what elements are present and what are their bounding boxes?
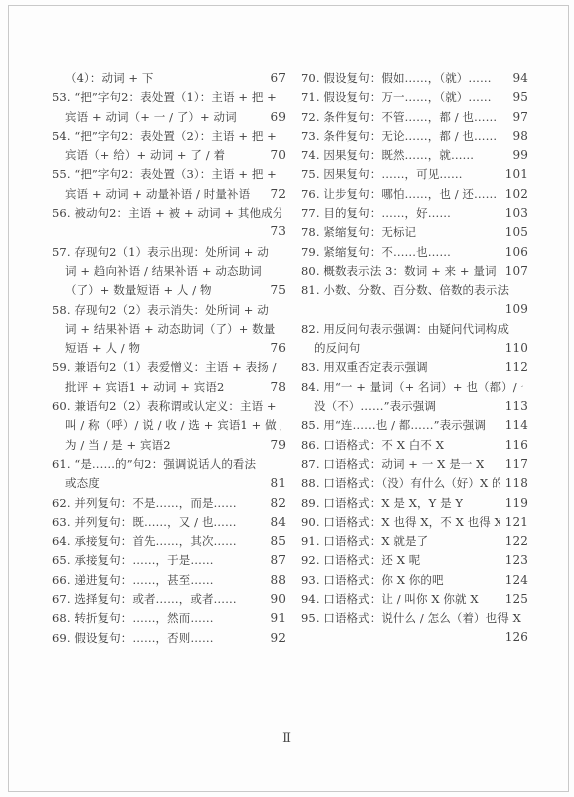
- toc-entry-page-number: 98: [513, 129, 528, 143]
- toc-entry-page-number: 123: [505, 553, 528, 567]
- toc-entry-page-number: 102: [505, 187, 528, 201]
- toc-line: 109: [301, 302, 528, 321]
- toc-entry-page-number: 97: [513, 110, 528, 124]
- toc-line: 55. “把”字句2：表处置（3）：主语 + 把 +: [52, 166, 286, 185]
- toc-line: 67. 选择复句：或者……，或者……90: [52, 591, 286, 610]
- toc-line: 53. “把”字句2：表处置（1）：主语 + 把 +: [52, 89, 286, 108]
- toc-line: 84. 用“一 + 量词（+ 名词）+ 也（都）/ 也: [301, 379, 528, 398]
- toc-line: 82. 用反问句表示强调：由疑问代词构成: [301, 321, 528, 340]
- toc-line: 70. 假设复句：假如……，（就）……94: [301, 70, 528, 89]
- toc-entry-page-number: 118: [505, 476, 528, 490]
- toc-entry-text: 58. 存现句2（2）表示消失：处所词 + 动: [52, 302, 269, 318]
- toc-entry-text: 78. 紧缩复句：无标记: [301, 224, 416, 240]
- toc-line: 60. 兼语句2（2）表称谓或认定义：主语 +: [52, 398, 286, 417]
- toc-line: 126: [301, 630, 528, 649]
- toc-entry-page-number: 76: [271, 341, 286, 355]
- toc-line: 87. 口语格式：动词 + 一 X 是一 X117: [301, 456, 528, 475]
- toc-entry-page-number: 92: [271, 631, 286, 645]
- toc-entry-text: 59. 兼语句2（1）表爱憎义：主语 + 表扬 /: [52, 359, 277, 375]
- toc-entry-page-number: 114: [505, 418, 528, 432]
- toc-entry-text: 83. 用双重否定表示强调: [301, 359, 428, 375]
- scanned-toc-page: （4）：动词 + 下6753. “把”字句2：表处置（1）：主语 + 把 +宾语…: [0, 0, 574, 797]
- toc-entry-text: 叫 / 称（呼）/ 说 / 收 / 选 + 宾语1 + 做 /: [65, 417, 281, 433]
- toc-entry-text: 79. 紧缩复句：不……也……: [301, 244, 451, 260]
- toc-line: 66. 递进复句：……，甚至……88: [52, 572, 286, 591]
- toc-entry-text: 的反问句: [314, 340, 360, 356]
- toc-entry-text: 批评 + 宾语1 + 动词 + 宾语2: [65, 379, 224, 395]
- toc-entry-text: 92. 口语格式：还 X 呢: [301, 552, 420, 568]
- toc-line: 为 / 当 / 是 + 宾语279: [52, 437, 286, 456]
- toc-entry-text: 宾语 + 动词（+ 一 / 了）+ 动词: [65, 109, 237, 125]
- toc-line: 54. “把”字句2：表处置（2）：主语 + 把 +: [52, 128, 286, 147]
- toc-entry-text: 为 / 当 / 是 + 宾语2: [65, 437, 171, 453]
- toc-line: 69. 假设复句：……，否则……92: [52, 630, 286, 649]
- toc-line: 词 + 趋向补语 / 结果补语 + 动态助词: [52, 263, 286, 282]
- toc-entry-page-number: 78: [271, 380, 286, 394]
- toc-entry-text: 88. 口语格式：（没）有什么（好）X 的: [301, 475, 500, 491]
- toc-entry-page-number: 82: [271, 496, 286, 510]
- toc-entry-page-number: 116: [505, 438, 528, 452]
- toc-entry-page-number: 106: [505, 245, 528, 259]
- toc-line: 90. 口语格式：X 也得 X，不 X 也得 X121: [301, 514, 528, 533]
- toc-entry-text: 80. 概数表示法 3：数词 + 来 + 量词: [301, 263, 497, 279]
- toc-line: 83. 用双重否定表示强调112: [301, 359, 528, 378]
- footer-page-number: Ⅱ: [0, 731, 574, 746]
- toc-entry-page-number: 99: [513, 148, 528, 162]
- toc-entry-text: 87. 口语格式：动词 + 一 X 是一 X: [301, 456, 484, 472]
- toc-entry-page-number: 87: [271, 553, 286, 567]
- toc-entry-page-number: 101: [505, 167, 528, 181]
- toc-line: 批评 + 宾语1 + 动词 + 宾语278: [52, 379, 286, 398]
- toc-entry-text: 54. “把”字句2：表处置（2）：主语 + 把 +: [52, 128, 277, 144]
- toc-line: 80. 概数表示法 3：数词 + 来 + 量词107: [301, 263, 528, 282]
- toc-line: 92. 口语格式：还 X 呢123: [301, 552, 528, 571]
- toc-entry-text: 63. 并列复句：既……，又 / 也……: [52, 514, 237, 530]
- toc-entry-text: 84. 用“一 + 量词（+ 名词）+ 也（都）/ 也: [301, 379, 523, 395]
- toc-line: （了）+ 数量短语 + 人 / 物75: [52, 282, 286, 301]
- toc-entry-text: 没（不）……”表示强调: [314, 398, 436, 414]
- toc-line: 86. 口语格式：不 X 白不 X116: [301, 437, 528, 456]
- toc-line: 71. 假设复句：万一……，（就）……95: [301, 89, 528, 108]
- toc-line: 93. 口语格式：你 X 你的吧124: [301, 572, 528, 591]
- toc-entry-text: 75. 因果复句：……，可见……: [301, 166, 463, 182]
- toc-line: 78. 紧缩复句：无标记105: [301, 224, 528, 243]
- toc-entry-text: 短语 + 人 / 物: [65, 340, 140, 356]
- toc-entry-page-number: 94: [513, 71, 528, 85]
- toc-entry-text: 53. “把”字句2：表处置（1）：主语 + 把 +: [52, 89, 277, 105]
- toc-entry-page-number: 85: [271, 534, 286, 548]
- toc-entry-text: 93. 口语格式：你 X 你的吧: [301, 572, 444, 588]
- toc-entry-page-number: 107: [505, 264, 528, 278]
- toc-entry-text: 76. 让步复句：哪怕……，也 / 还……: [301, 186, 497, 202]
- toc-entry-page-number: 124: [505, 573, 528, 587]
- toc-line: 宾语 + 动词（+ 一 / 了）+ 动词69: [52, 109, 286, 128]
- toc-line: 短语 + 人 / 物76: [52, 340, 286, 359]
- toc-line: 叫 / 称（呼）/ 说 / 收 / 选 + 宾语1 + 做 /: [52, 417, 286, 436]
- toc-entry-text: 89. 口语格式：X 是 X，Y 是 Y: [301, 495, 463, 511]
- toc-line: 61. “是……的”句2：强调说话人的看法: [52, 456, 286, 475]
- toc-line: 73: [52, 224, 286, 243]
- toc-line: 的反问句110: [301, 340, 528, 359]
- toc-entry-page-number: 110: [505, 341, 528, 355]
- toc-entry-page-number: 112: [505, 360, 528, 374]
- toc-line: 62. 并列复句：不是……，而是……82: [52, 495, 286, 514]
- toc-line: 91. 口语格式：X 就是了122: [301, 533, 528, 552]
- toc-line: 74. 因果复句：既然……，就……99: [301, 147, 528, 166]
- toc-entry-text: 73. 条件复句：无论……，都 / 也……: [301, 128, 497, 144]
- toc-entry-text: 66. 递进复句：……，甚至……: [52, 572, 214, 588]
- toc-line: 宾语 + 动词 + 动量补语 / 时量补语72: [52, 186, 286, 205]
- toc-line: 95. 口语格式：说什么 / 怎么（着）也得 X: [301, 610, 528, 629]
- toc-entry-text: 词 + 趋向补语 / 结果补语 + 动态助词: [65, 263, 262, 279]
- toc-entry-page-number: 125: [505, 592, 528, 606]
- toc-entry-page-number: 121: [505, 515, 528, 529]
- toc-line: 65. 承接复句：……，于是……87: [52, 552, 286, 571]
- toc-entry-page-number: 73: [271, 224, 286, 238]
- toc-entry-page-number: 75: [271, 283, 286, 297]
- toc-line: 57. 存现句2（1）表示出现：处所词 + 动: [52, 244, 286, 263]
- toc-entry-page-number: 113: [505, 399, 528, 413]
- toc-entry-text: 68. 转折复句：……，然而……: [52, 610, 214, 626]
- toc-entry-text: 55. “把”字句2：表处置（3）：主语 + 把 +: [52, 166, 277, 182]
- toc-entry-text: 或态度: [65, 475, 100, 491]
- toc-line: 79. 紧缩复句：不……也……106: [301, 244, 528, 263]
- toc-entry-text: 94. 口语格式：让 / 叫你 X 你就 X: [301, 591, 479, 607]
- toc-entry-text: 74. 因果复句：既然……，就……: [301, 147, 474, 163]
- toc-entry-text: 64. 承接复句：首先……，其次……: [52, 533, 237, 549]
- toc-entry-page-number: 69: [271, 110, 286, 124]
- toc-line: 词 + 结果补语 + 动态助词（了）+ 数量: [52, 321, 286, 340]
- toc-column-left: （4）：动词 + 下6753. “把”字句2：表处置（1）：主语 + 把 +宾语…: [52, 70, 286, 649]
- toc-line: 89. 口语格式：X 是 X，Y 是 Y119: [301, 495, 528, 514]
- toc-entry-text: 60. 兼语句2（2）表称谓或认定义：主语 +: [52, 398, 277, 414]
- toc-entry-page-number: 103: [505, 206, 528, 220]
- toc-line: 宾语（+ 给）+ 动词 + 了 / 着70: [52, 147, 286, 166]
- toc-entry-text: 65. 承接复句：……，于是……: [52, 552, 214, 568]
- toc-entry-text: （4）：动词 + 下: [65, 70, 154, 86]
- toc-line: （4）：动词 + 下67: [52, 70, 286, 89]
- toc-line: 58. 存现句2（2）表示消失：处所词 + 动: [52, 302, 286, 321]
- toc-line: 64. 承接复句：首先……，其次……85: [52, 533, 286, 552]
- toc-entry-page-number: 105: [505, 225, 528, 239]
- toc-entry-text: 95. 口语格式：说什么 / 怎么（着）也得 X: [301, 610, 521, 626]
- toc-line: 或态度81: [52, 475, 286, 494]
- toc-line: 81. 小数、分数、百分数、倍数的表示法: [301, 282, 528, 301]
- toc-entry-page-number: 79: [271, 438, 286, 452]
- toc-line: 76. 让步复句：哪怕……，也 / 还……102: [301, 186, 528, 205]
- toc-column-right: 70. 假设复句：假如……，（就）……9471. 假设复句：万一……，（就）………: [301, 70, 528, 649]
- toc-entry-text: 90. 口语格式：X 也得 X，不 X 也得 X: [301, 514, 500, 530]
- toc-entry-text: 词 + 结果补语 + 动态助词（了）+ 数量: [65, 321, 275, 337]
- toc-entry-text: 61. “是……的”句2：强调说话人的看法: [52, 456, 256, 472]
- toc-entry-text: 56. 被动句2：主语 + 被 + 动词 + 其他成分: [52, 205, 281, 221]
- toc-entry-text: 宾语 + 动词 + 动量补语 / 时量补语: [65, 186, 250, 202]
- toc-entry-page-number: 90: [271, 592, 286, 606]
- toc-line: 63. 并列复句：既……，又 / 也……84: [52, 514, 286, 533]
- toc-entry-page-number: 81: [271, 476, 286, 490]
- toc-entry-page-number: 72: [271, 187, 286, 201]
- toc-entry-text: 81. 小数、分数、百分数、倍数的表示法: [301, 282, 509, 298]
- toc-entry-page-number: 122: [505, 534, 528, 548]
- toc-entry-page-number: 91: [271, 611, 286, 625]
- toc-entry-text: 69. 假设复句：……，否则……: [52, 630, 214, 646]
- toc-entry-page-number: 84: [271, 515, 286, 529]
- toc-entry-page-number: 88: [271, 573, 286, 587]
- toc-entry-text: 72. 条件复句：不管……，都 / 也……: [301, 109, 497, 125]
- toc-entry-text: 宾语（+ 给）+ 动词 + 了 / 着: [65, 147, 225, 163]
- toc-entry-text: 82. 用反问句表示强调：由疑问代词构成: [301, 321, 509, 337]
- toc-line: 73. 条件复句：无论……，都 / 也……98: [301, 128, 528, 147]
- toc-line: 77. 目的复句：……，好……103: [301, 205, 528, 224]
- toc-entry-page-number: 119: [505, 496, 528, 510]
- toc-entry-text: 86. 口语格式：不 X 白不 X: [301, 437, 444, 453]
- toc-entry-text: （了）+ 数量短语 + 人 / 物: [65, 282, 212, 298]
- toc-line: 94. 口语格式：让 / 叫你 X 你就 X125: [301, 591, 528, 610]
- toc-entry-text: 91. 口语格式：X 就是了: [301, 533, 428, 549]
- toc-entry-page-number: 117: [505, 457, 528, 471]
- toc-entry-page-number: 67: [271, 71, 286, 85]
- toc-line: 没（不）……”表示强调113: [301, 398, 528, 417]
- toc-entry-page-number: 109: [505, 302, 528, 316]
- toc-entry-text: 85. 用“连……也 / 都……”表示强调: [301, 417, 486, 433]
- toc-entry-text: 70. 假设复句：假如……，（就）……: [301, 70, 492, 86]
- toc-entry-text: 62. 并列复句：不是……，而是……: [52, 495, 237, 511]
- toc-line: 72. 条件复句：不管……，都 / 也……97: [301, 109, 528, 128]
- toc-entry-page-number: 70: [271, 148, 286, 162]
- toc-line: 85. 用“连……也 / 都……”表示强调114: [301, 417, 528, 436]
- toc-line: 59. 兼语句2（1）表爱憎义：主语 + 表扬 /: [52, 359, 286, 378]
- toc-line: 75. 因果复句：……，可见……101: [301, 166, 528, 185]
- toc-entry-text: 77. 目的复句：……，好……: [301, 205, 451, 221]
- toc-entry-text: 67. 选择复句：或者……，或者……: [52, 591, 237, 607]
- toc-entry-text: 71. 假设复句：万一……，（就）……: [301, 89, 492, 105]
- toc-entry-text: 57. 存现句2（1）表示出现：处所词 + 动: [52, 244, 269, 260]
- toc-line: 68. 转折复句：……，然而……91: [52, 610, 286, 629]
- toc-entry-page-number: 95: [513, 90, 528, 104]
- toc-line: 56. 被动句2：主语 + 被 + 动词 + 其他成分: [52, 205, 286, 224]
- toc-entry-page-number: 126: [505, 630, 528, 644]
- toc-line: 88. 口语格式：（没）有什么（好）X 的118: [301, 475, 528, 494]
